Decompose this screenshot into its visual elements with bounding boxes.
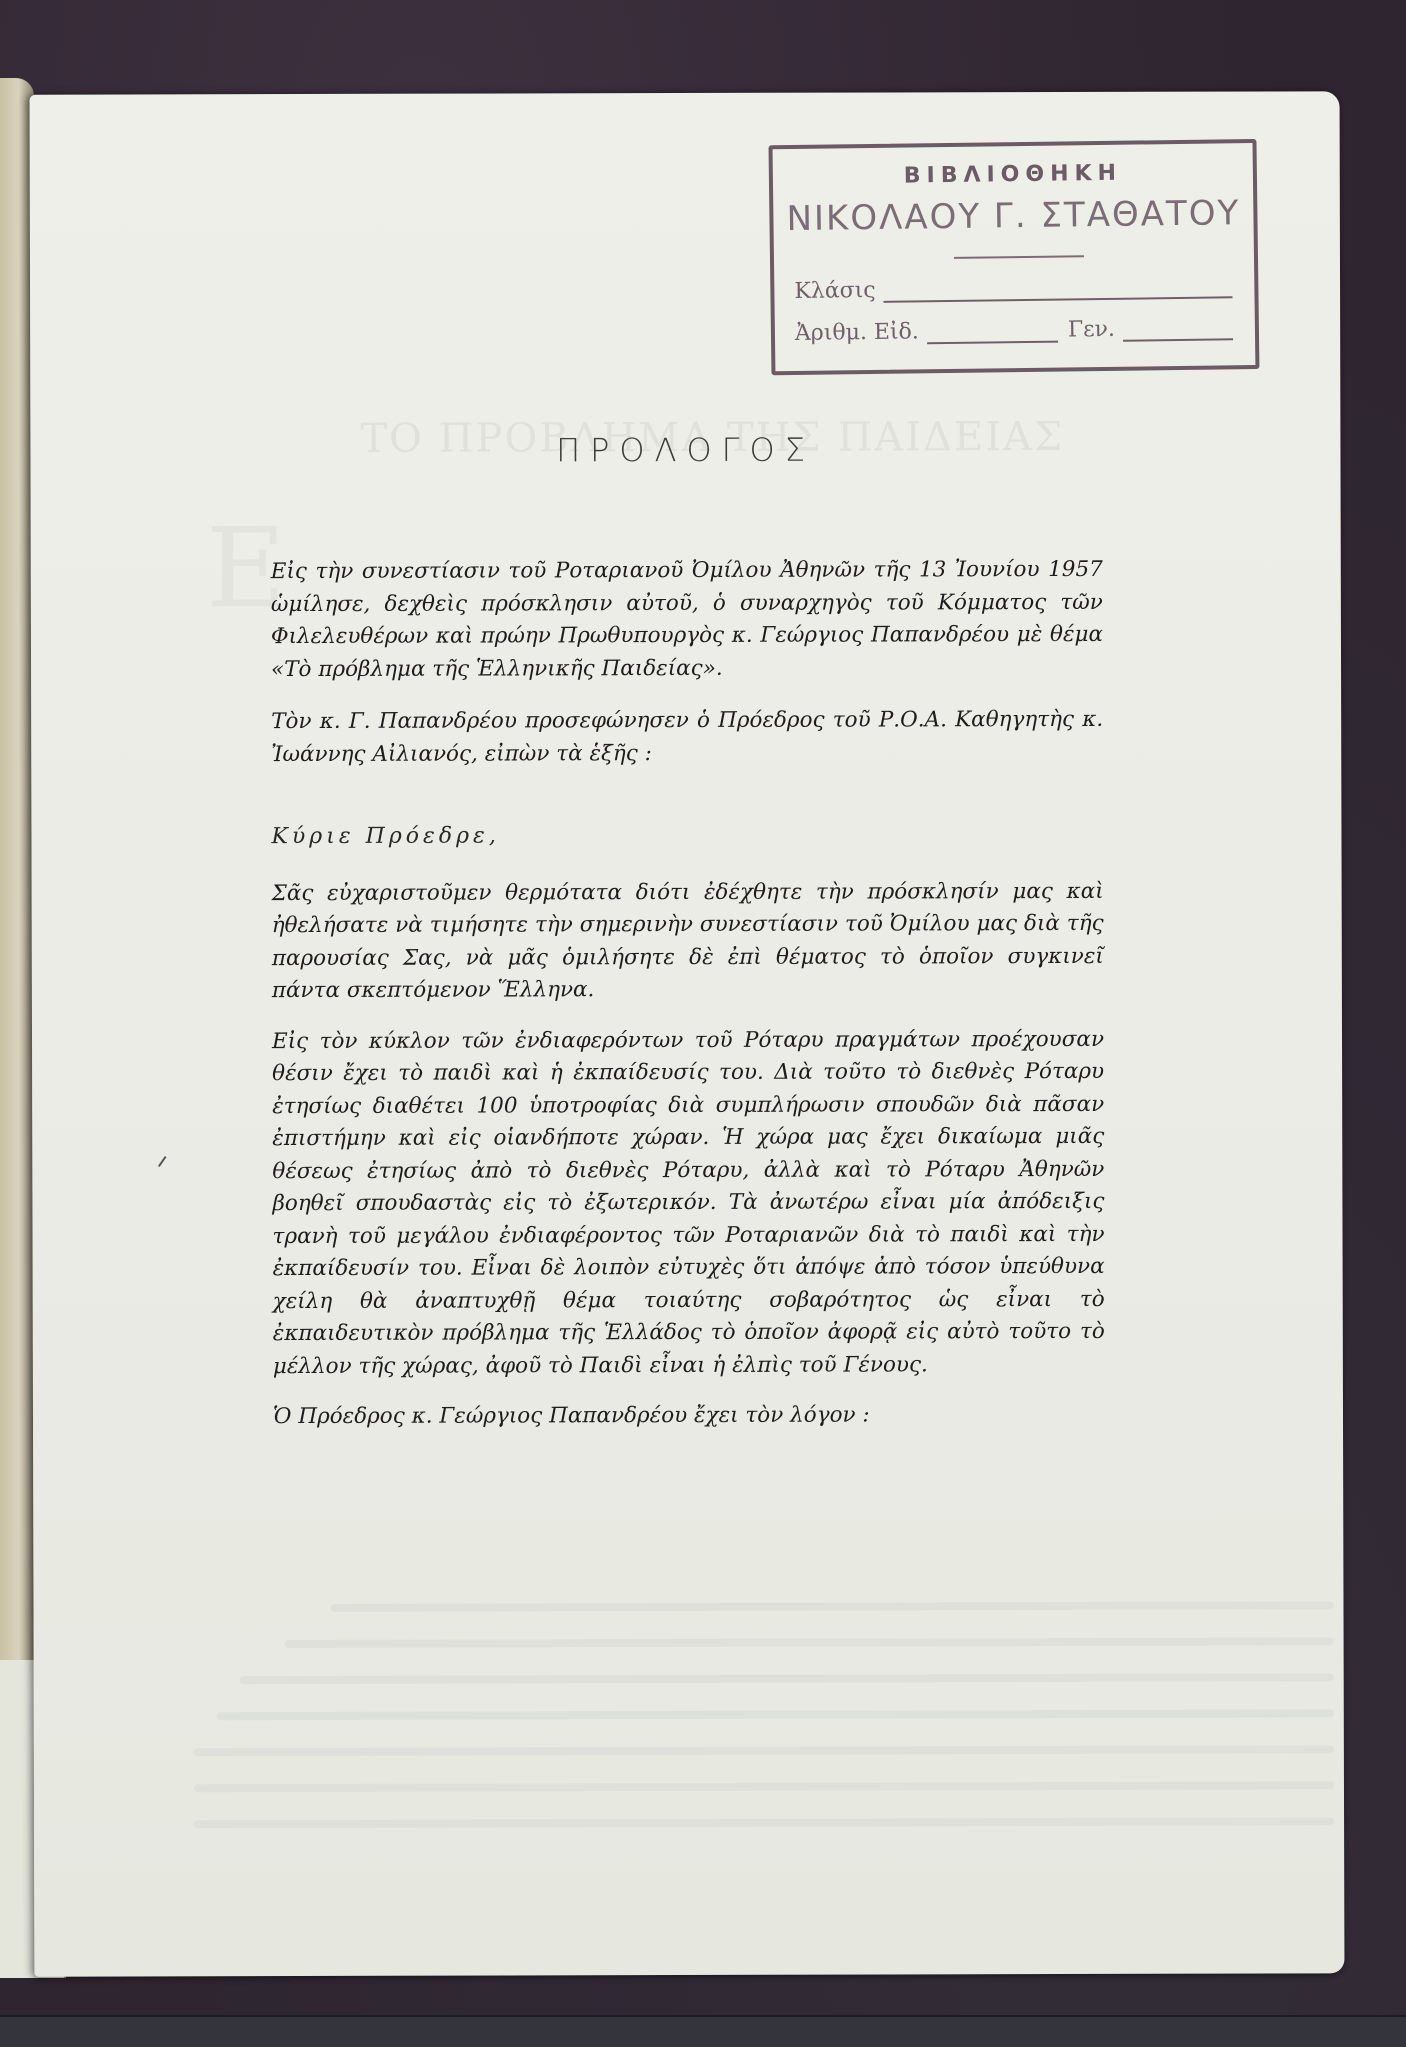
page-title: ΠΡΟΛΟΓΟΣ	[30, 429, 1340, 470]
stamp-gen-label: Γεν.	[1068, 317, 1115, 343]
library-stamp: ΒΙΒΛΙΟΘΗΚΗ ΝΙΚΟΛΑΟΥ Γ. ΣΤΑΘΑΤΟΥ Κλάσις Ἀ…	[768, 139, 1259, 375]
stamp-number-field: Ἀριθμ. Εἰδ. Γεν.	[795, 315, 1233, 346]
stamp-class-line	[883, 278, 1232, 303]
stamp-gen-line	[1123, 320, 1233, 341]
intro-paragraph: Εἰς τὴν συνεστίασιν τοῦ Ροταριανοῦ Ὀμίλο…	[271, 554, 1103, 686]
introduction-paragraph: Τὸν κ. Γ. Παπανδρέου προσεφώνησεν ὁ Πρόε…	[271, 704, 1103, 771]
speech-paragraph: Εἰς τὸν κύκλον τῶν ἐνδιαφερόντων τοῦ Ρότ…	[272, 1023, 1105, 1383]
desk-edge	[0, 2015, 1406, 2047]
stamp-class-label: Κλάσις	[794, 278, 876, 304]
body-text: Εἰς τὴν συνεστίασιν τοῦ Ροταριανοῦ Ὀμίλο…	[271, 554, 1105, 1452]
stamp-owner: ΝΙΚΟΛΑΟΥ Γ. ΣΤΑΘΑΤΟΥ	[773, 193, 1253, 239]
salutation: Κύριε Πρόεδρε,	[271, 819, 1103, 854]
stamp-divider	[954, 255, 1084, 259]
speech-paragraph: Σᾶς εὐχαριστοῦμεν θερμότατα διότι ἐδέχθη…	[272, 875, 1104, 1007]
showthrough-text	[193, 1601, 1334, 1856]
closing-line: Ὁ Πρόεδρος κ. Γεώργιος Παπανδρέου ἔχει τ…	[273, 1399, 1105, 1434]
stamp-number-label: Ἀριθμ. Εἰδ.	[795, 319, 919, 346]
stamp-class-field: Κλάσις	[794, 273, 1232, 304]
pencil-mark	[158, 1156, 175, 1173]
book-page: ΤΟ ΠΡΟΒΛΗΜΑ ΤΗΣ ΠΑΙΔΕΙΑΣ Ε ΒΙΒΛΙΟΘΗΚΗ ΝΙ…	[30, 91, 1345, 1976]
stamp-title: ΒΙΒΛΙΟΘΗΚΗ	[773, 159, 1253, 190]
stamp-number-line	[927, 323, 1058, 345]
